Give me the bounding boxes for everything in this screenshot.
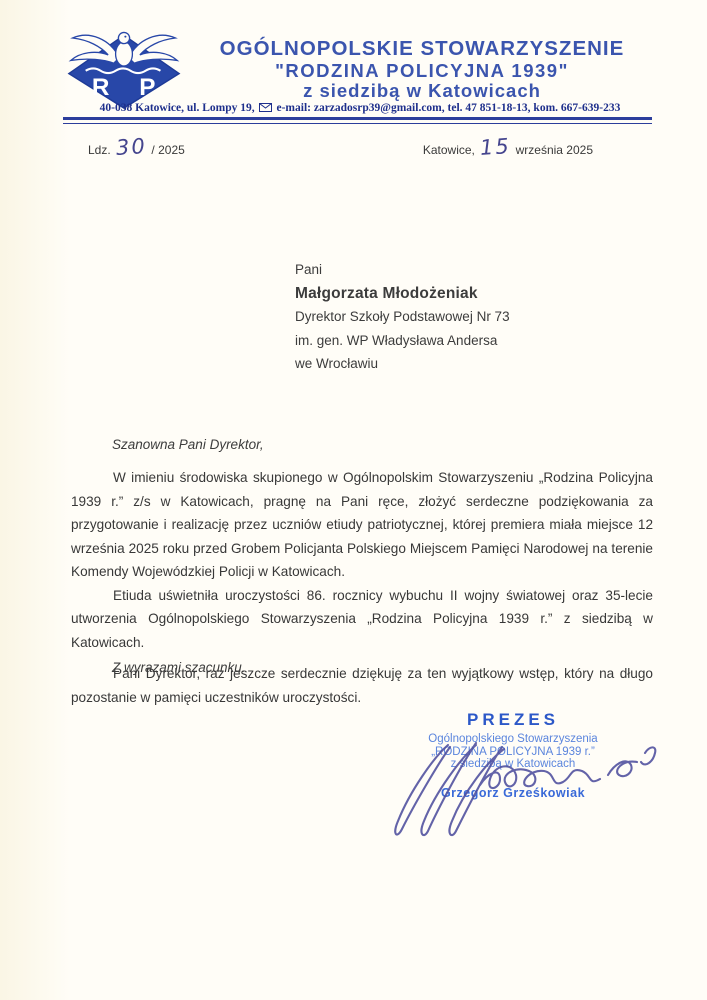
org-name-line2: "RODZINA POLICYJNA 1939": [186, 60, 658, 81]
org-name-line3: z siedzibą w Katowicach: [186, 81, 658, 101]
stamp-title: PREZES: [410, 710, 616, 730]
reference-year: / 2025: [151, 143, 184, 157]
association-logo: R P: [62, 24, 186, 110]
reference-label: Ldz.: [88, 143, 111, 157]
recipient-title: Pani: [295, 258, 510, 282]
envelope-icon: [259, 103, 272, 115]
org-phones: tel. 47 851-18-13, kom. 667-639-233: [448, 102, 621, 114]
scanned-letter-page: R P OGÓLNOPOLSKIE STOWARZYSZENIE "RODZIN…: [0, 0, 707, 1000]
org-email: e-mail: zarzadosrp39@gmail.com,: [276, 102, 444, 114]
reference-and-date-row: Ldz. 30 / 2025 Katowice, 15 września 202…: [88, 137, 593, 158]
handwritten-reference-number: 30: [115, 136, 147, 159]
recipient-block: Pani Małgorzata Młodożeniak Dyrektor Szk…: [295, 258, 510, 376]
letterhead-divider: [63, 117, 652, 124]
letterhead: R P OGÓLNOPOLSKIE STOWARZYSZENIE "RODZIN…: [62, 24, 658, 110]
organization-titles: OGÓLNOPOLSKIE STOWARZYSZENIE "RODZINA PO…: [186, 24, 658, 101]
closing-phrase: Z wyrazami szacunku.: [112, 660, 246, 675]
body-paragraph-1: W imieniu środowiska skupionego w Ogólno…: [71, 466, 653, 584]
eagle-emblem: R P: [62, 24, 186, 110]
logo-letter-p: P: [139, 74, 155, 101]
org-address: 40-038 Katowice, ul. Lompy 19,: [100, 102, 255, 114]
contact-line: 40-038 Katowice, ul. Lompy 19, e-mail: z…: [62, 102, 658, 115]
recipient-position: Dyrektor Szkoły Podstawowej Nr 73: [295, 305, 510, 329]
dateline: Katowice, 15 września 2025: [423, 137, 593, 158]
body-paragraph-2: Etiuda uświetniła uroczystości 86. roczn…: [71, 584, 653, 655]
handwritten-day: 15: [479, 136, 511, 159]
org-name-line1: OGÓLNOPOLSKIE STOWARZYSZENIE: [186, 38, 658, 60]
dateline-month-year: września 2025: [516, 143, 593, 157]
logo-letter-r: R: [92, 74, 110, 101]
recipient-name: Małgorzata Młodożeniak: [295, 282, 510, 306]
recipient-city: we Wrocławiu: [295, 352, 510, 376]
recipient-school-patron: im. gen. WP Władysława Andersa: [295, 329, 510, 353]
salutation: Szanowna Pani Dyrektor,: [112, 437, 264, 452]
dateline-city: Katowice,: [423, 143, 475, 157]
handwritten-signature: [388, 733, 678, 841]
reference-number: Ldz. 30 / 2025: [88, 137, 185, 158]
